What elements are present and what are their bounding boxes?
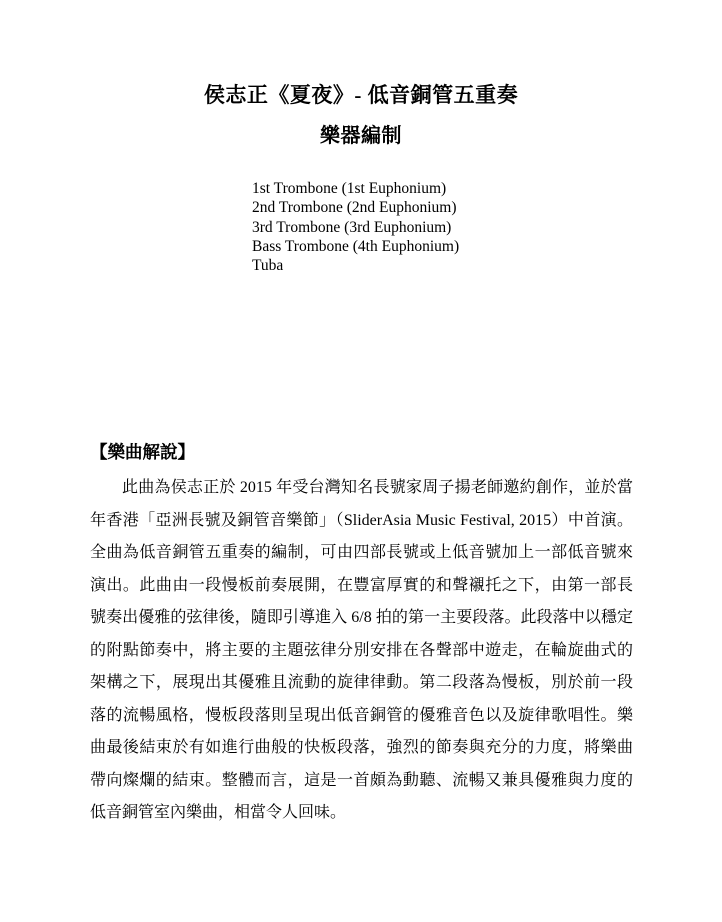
- instrumentation-item: Bass Trombone (4th Euphonium): [252, 237, 459, 256]
- program-notes-heading: 【樂曲解說】: [90, 441, 195, 463]
- instrumentation-item: Tuba: [252, 256, 459, 275]
- instrumentation-heading: 樂器編制: [0, 125, 722, 148]
- program-notes-body: 此曲為侯志正於 2015 年受台灣知名長號家周子揚老師邀約創作，並於當年香港「亞…: [90, 472, 633, 830]
- document-page: 侯志正《夏夜》- 低音銅管五重奏 樂器編制 1st Trombone (1st …: [0, 0, 722, 922]
- instrumentation-item: 2nd Trombone (2nd Euphonium): [252, 198, 459, 217]
- piece-title: 侯志正《夏夜》- 低音銅管五重奏: [0, 83, 722, 107]
- instrumentation-list: 1st Trombone (1st Euphonium) 2nd Trombon…: [252, 179, 459, 275]
- instrumentation-item: 3rd Trombone (3rd Euphonium): [252, 218, 459, 237]
- instrumentation-item: 1st Trombone (1st Euphonium): [252, 179, 459, 198]
